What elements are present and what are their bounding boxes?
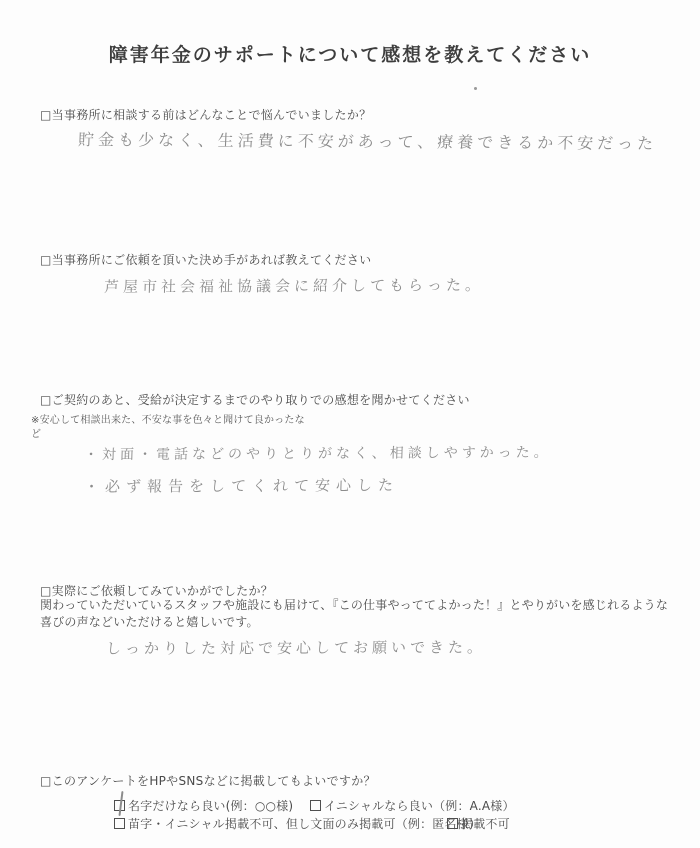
option-surname-only-label: 名字だけなら良い(例：○○様) xyxy=(128,799,293,813)
option-initials-ok-label: イニシャルなら良い（例：A.A様） xyxy=(324,799,515,813)
question-3-handwritten-answer-line2: ・必ず報告をしてくれて安心した xyxy=(84,475,400,498)
question-3-hint-line2: ど xyxy=(31,428,305,442)
question-3-label: □ご契約のあと、受給が決定するまでのやり取りでの感想を聞かせてください xyxy=(40,391,470,408)
question-3-handwritten-answer-line1: ・対面・電話などのやりとりがなく、相談しやすかった。 xyxy=(84,444,552,466)
option-text-only: 苗字・イニシャル掲載不可、但し文面のみ掲載可（例：匿名様） xyxy=(114,815,481,832)
question-2-handwritten-answer: 芦屋市社会福祉協議会に紹介してもらった。 xyxy=(104,275,485,298)
question-1-label: □当事務所に相談する前はどんなことで悩んでいましたか？ xyxy=(40,106,371,123)
checkbox-text-only-icon xyxy=(114,818,125,829)
option-text-only-label: 苗字・イニシャル掲載不可、但し文面のみ掲載可（例：匿名様） xyxy=(128,817,481,831)
handwritten-check-mark xyxy=(118,791,123,816)
questionnaire-page: 障害年金のサポートについて感想を教えてください □当事務所に相談する前はどんなこ… xyxy=(0,0,700,848)
question-3-hint-line1: ※安心して相談出来た、不安な事を色々と聞けて良かったな xyxy=(31,414,305,428)
question-4-description: 関わっていただいているスタッフや施設にも届けて、『この仕事やっててよかった！』と… xyxy=(40,597,680,631)
question-1-handwritten-answer: 貯金も少なく、生活費に不安があって、療養できるか不安だった xyxy=(78,129,658,155)
question-3-hint: ※安心して相談出来た、不安な事を色々と聞けて良かったな ど xyxy=(31,414,305,442)
option-surname-only: 名字だけなら良い(例：○○様) xyxy=(114,797,293,814)
question-5-label: □このアンケートをHPやSNSなどに掲載してもよいですか？ xyxy=(40,772,376,789)
question-2-label: □当事務所にご依頼を頂いた決め手があれば教えてください xyxy=(40,251,371,268)
option-no-publish: 掲載不可 xyxy=(447,815,510,832)
question-4-handwritten-answer: しっかりした対応で安心してお願いできた。 xyxy=(106,637,487,659)
option-initials-ok: イニシャルなら良い（例：A.A様） xyxy=(310,797,515,814)
checkbox-no-publish-icon xyxy=(447,818,458,829)
checkbox-initials-ok-icon xyxy=(310,800,321,811)
checkbox-surname-only-icon xyxy=(114,800,125,811)
option-no-publish-label: 掲載不可 xyxy=(461,817,510,831)
scan-speck xyxy=(474,87,477,90)
form-title: 障害年金のサポートについて感想を教えてください xyxy=(0,40,700,67)
